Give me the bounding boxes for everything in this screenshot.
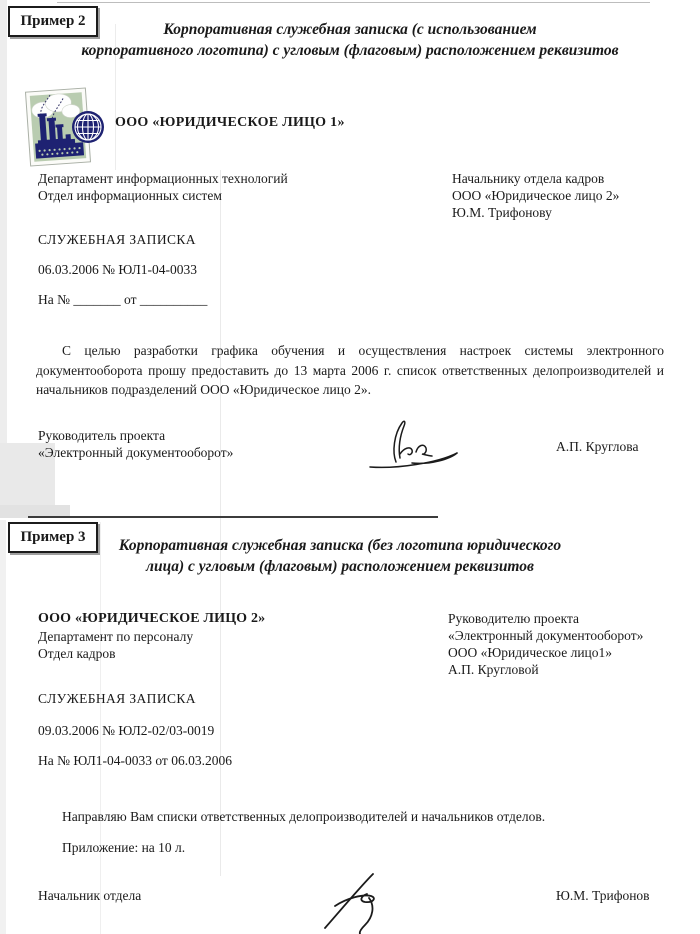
recipient-project: «Электронный документооборот»	[448, 627, 643, 644]
example3-title-line2: лица) с угловым (флаговым) расположением…	[60, 558, 620, 576]
recipient-position: Начальнику отдела кадров	[452, 170, 619, 187]
example3-sender-block: Департамент по персоналу Отдел кадров	[38, 628, 193, 662]
signer-title-line2: «Электронный документооборот»	[38, 444, 233, 461]
example2-reference-line: На № _______ от __________	[38, 291, 207, 308]
example2-company-name: ООО «ЮРИДИЧЕСКОЕ ЛИЦО 1»	[115, 115, 345, 131]
example2-recipient-block: Начальнику отдела кадров ООО «Юридическо…	[452, 170, 619, 221]
example2-title-line1: Корпоративная служебная записка (с испол…	[40, 21, 660, 39]
example3-reference-line: На № ЮЛ1-04-0033 от 06.03.2006	[38, 752, 232, 769]
factory-globe-logo-icon	[24, 87, 106, 167]
example3-doc-type: СЛУЖЕБНАЯ ЗАПИСКА	[38, 690, 196, 707]
sender-department: Департамент по персоналу	[38, 628, 193, 645]
scan-shadow-left-top	[0, 0, 7, 443]
example3-attachment-line: Приложение: на 10 л.	[36, 839, 185, 856]
example3-signer-title: Начальник отдела	[38, 887, 141, 904]
recipient-name: А.П. Кругловой	[448, 661, 643, 678]
page1-top-border	[57, 2, 650, 3]
recipient-name: Ю.М. Трифонову	[452, 204, 619, 221]
sender-department: Департамент информационных технологий	[38, 170, 288, 187]
example3-date-number: 09.03.2006 № ЮЛ2-02/03-0019	[38, 722, 214, 739]
example2-body-paragraph: С целью разработки графика обучения и ос…	[36, 341, 664, 400]
example3-body-paragraph: Направляю Вам списки ответственных делоп…	[36, 808, 664, 825]
recipient-company: ООО «Юридическое лицо1»	[448, 644, 643, 661]
example2-date-number: 06.03.2006 № ЮЛ1-04-0033	[38, 261, 197, 278]
kruglova-signature-icon	[362, 418, 462, 475]
recipient-company: ООО «Юридическое лицо 2»	[452, 187, 619, 204]
scanned-document-page: Пример 2 Корпоративная служебная записка…	[0, 0, 700, 934]
example2-sender-block: Департамент информационных технологий От…	[38, 170, 288, 204]
example3-title-line1: Корпоративная служебная записка (без лог…	[60, 537, 620, 555]
signer-title-line1: Руководитель проекта	[38, 427, 233, 444]
example3-recipient-block: Руководителю проекта «Электронный докуме…	[448, 610, 643, 678]
example2-signer-name: А.П. Круглова	[556, 438, 638, 455]
scan-crease-line	[220, 170, 221, 876]
recipient-position: Руководителю проекта	[448, 610, 643, 627]
example3-company-name: ООО «ЮРИДИЧЕСКОЕ ЛИЦО 2»	[38, 610, 265, 627]
trifonov-signature-icon	[315, 870, 405, 934]
example2-doc-type: СЛУЖЕБНАЯ ЗАПИСКА	[38, 231, 196, 248]
example3-signer-name: Ю.М. Трифонов	[556, 887, 650, 904]
example2-title-line2: корпоративного логотипа) с угловым (флаг…	[40, 42, 660, 60]
sender-unit: Отдел кадров	[38, 645, 193, 662]
example2-signer-title: Руководитель проекта «Электронный докуме…	[38, 427, 233, 461]
page2-top-border	[28, 516, 438, 518]
sender-unit: Отдел информационных систем	[38, 187, 288, 204]
scan-shadow-left-bottom	[0, 520, 6, 934]
